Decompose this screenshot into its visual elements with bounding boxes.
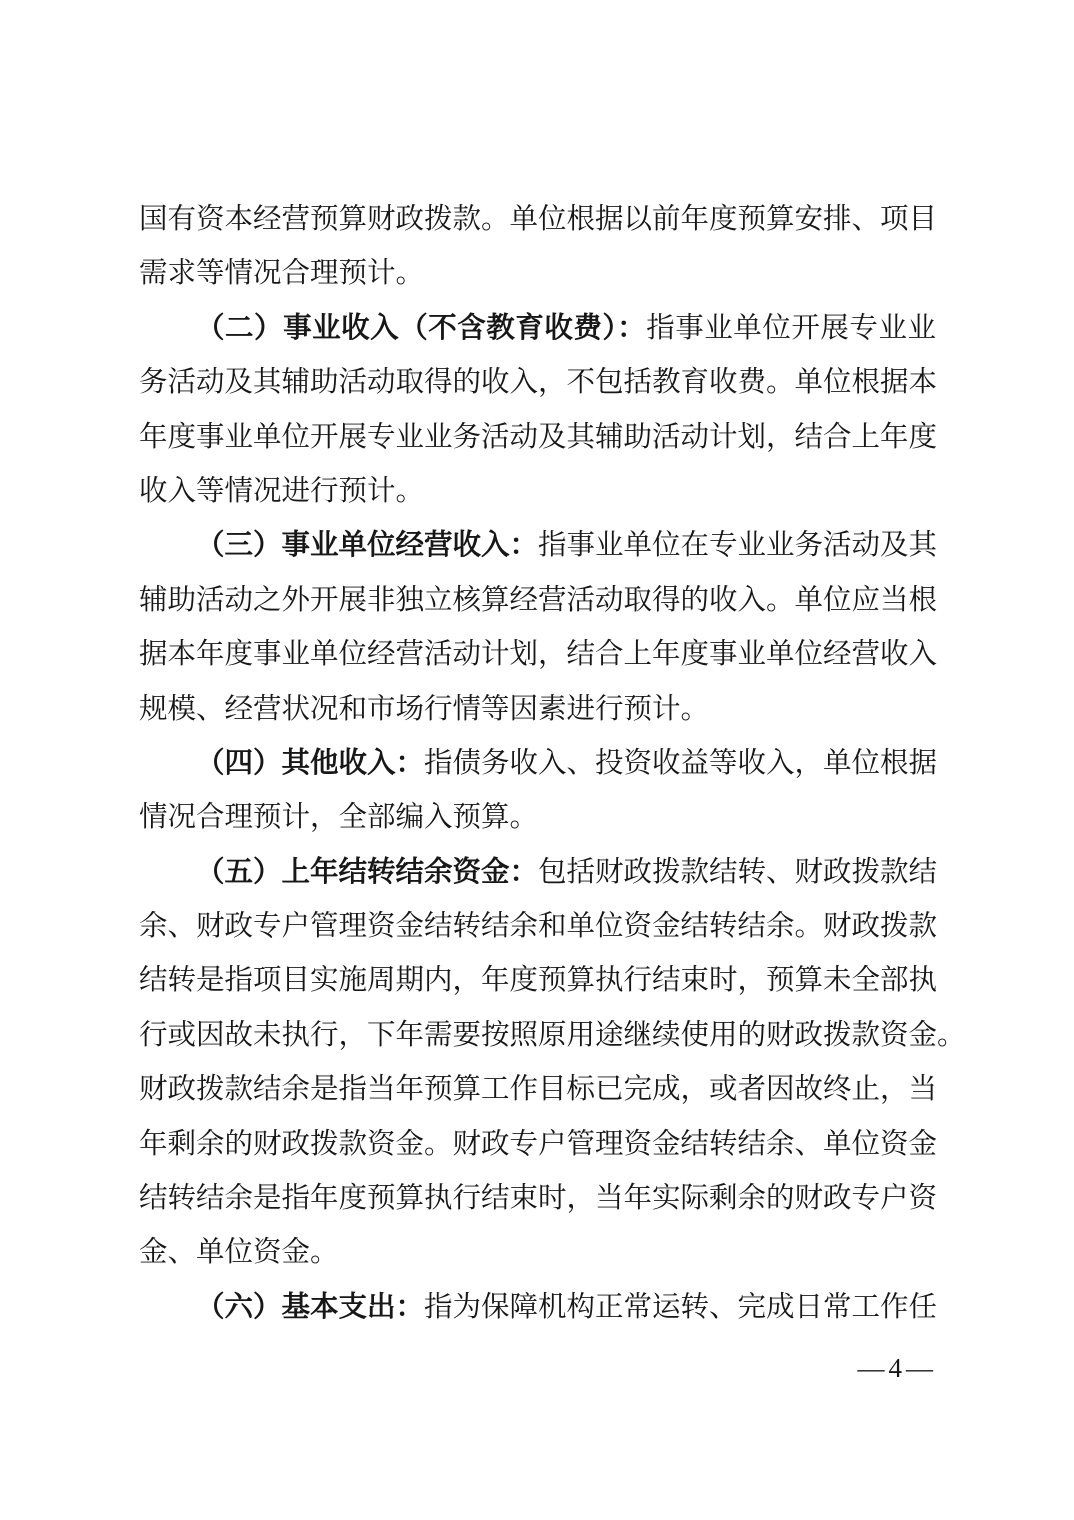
body-text: 指事业单位开展专业业 — [646, 313, 936, 344]
text-line: （二）事业收入（不含教育收费）：指事业单位开展专业业 — [139, 302, 936, 356]
text-line: 收入等情况进行预计。 — [139, 465, 936, 519]
body-text: 规模、经营状况和市场行情等因素进行预计。 — [139, 694, 709, 725]
body-text: 据本年度事业单位经营活动计划，结合上年度事业单位经营收入 — [139, 639, 937, 670]
body-text: 结转结余是指年度预算执行结束时，当年实际剩余的财政专户资 — [139, 1183, 937, 1214]
body-text: 指为保障机构正常运转、完成日常工作任 — [424, 1292, 937, 1323]
clause-heading: （二）事业收入（不含教育收费）： — [196, 313, 646, 344]
body-text: 行或因故未执行，下年需要按照原用途继续使用的财政拨款资金。 — [139, 1020, 966, 1051]
text-line: 规模、经营状况和市场行情等因素进行预计。 — [139, 683, 936, 737]
body-text: 余、财政专户管理资金结转结余和单位资金结转结余。财政拨款 — [139, 911, 937, 942]
body-text: 国有资本经营预算财政拨款。单位根据以前年度预算安排、项目 — [139, 204, 937, 235]
document-body: 国有资本经营预算财政拨款。单位根据以前年度预算安排、项目需求等情况合理预计。（二… — [139, 193, 936, 1335]
body-text: 辅助活动之外开展非独立核算经营活动取得的收入。单位应当根 — [139, 585, 937, 616]
text-line: 行或因故未执行，下年需要按照原用途继续使用的财政拨款资金。 — [139, 1009, 936, 1063]
clause-heading: （六）基本支出： — [196, 1292, 424, 1323]
body-text: 务活动及其辅助活动取得的收入，不包括教育收费。单位根据本 — [139, 367, 937, 398]
text-line: （四）其他收入：指债务收入、投资收益等收入，单位根据 — [139, 737, 936, 791]
text-line: 需求等情况合理预计。 — [139, 247, 936, 301]
text-line: （五）上年结转结余资金：包括财政拨款结转、财政拨款结 — [139, 846, 936, 900]
body-text: 情况合理预计，全部编入预算。 — [139, 802, 538, 833]
body-text: 财政拨款结余是指当年预算工作目标已完成，或者因故终止，当 — [139, 1074, 937, 1105]
body-text: 需求等情况合理预计。 — [139, 258, 424, 289]
body-text: 金、单位资金。 — [139, 1237, 339, 1268]
text-line: 据本年度事业单位经营活动计划，结合上年度事业单位经营收入 — [139, 628, 936, 682]
text-line: 务活动及其辅助活动取得的收入，不包括教育收费。单位根据本 — [139, 356, 936, 410]
text-line: 年度事业单位开展专业业务活动及其辅助活动计划，结合上年度 — [139, 411, 936, 465]
body-text: 包括财政拨款结转、财政拨款结 — [538, 857, 937, 888]
body-text: 指债务收入、投资收益等收入，单位根据 — [424, 748, 937, 779]
clause-heading: （三）事业单位经营收入： — [196, 530, 538, 561]
document-page: 国有资本经营预算财政拨款。单位根据以前年度预算安排、项目需求等情况合理预计。（二… — [0, 0, 1074, 1520]
body-text: 年剩余的财政拨款资金。财政专户管理资金结转结余、单位资金 — [139, 1129, 937, 1160]
text-line: 情况合理预计，全部编入预算。 — [139, 791, 936, 845]
text-line: 金、单位资金。 — [139, 1226, 936, 1280]
body-text: 指事业单位在专业业务活动及其 — [538, 530, 937, 561]
text-line: 结转结余是指年度预算执行结束时，当年实际剩余的财政专户资 — [139, 1172, 936, 1226]
text-line: （三）事业单位经营收入：指事业单位在专业业务活动及其 — [139, 519, 936, 573]
clause-heading: （四）其他收入： — [196, 748, 424, 779]
body-text: 收入等情况进行预计。 — [139, 476, 424, 507]
text-line: 财政拨款结余是指当年预算工作目标已完成，或者因故终止，当 — [139, 1063, 936, 1117]
clause-heading: （五）上年结转结余资金： — [196, 857, 538, 888]
body-text: 年度事业单位开展专业业务活动及其辅助活动计划，结合上年度 — [139, 422, 937, 453]
text-line: 年剩余的财政拨款资金。财政专户管理资金结转结余、单位资金 — [139, 1118, 936, 1172]
text-line: 余、财政专户管理资金结转结余和单位资金结转结余。财政拨款 — [139, 900, 936, 954]
text-line: 结转是指项目实施周期内，年度预算执行结束时，预算未全部执 — [139, 954, 936, 1008]
page-number: —4— — [858, 1348, 938, 1388]
text-line: 国有资本经营预算财政拨款。单位根据以前年度预算安排、项目 — [139, 193, 936, 247]
body-text: 结转是指项目实施周期内，年度预算执行结束时，预算未全部执 — [139, 965, 937, 996]
text-line: 辅助活动之外开展非独立核算经营活动取得的收入。单位应当根 — [139, 574, 936, 628]
text-line: （六）基本支出：指为保障机构正常运转、完成日常工作任 — [139, 1281, 936, 1335]
